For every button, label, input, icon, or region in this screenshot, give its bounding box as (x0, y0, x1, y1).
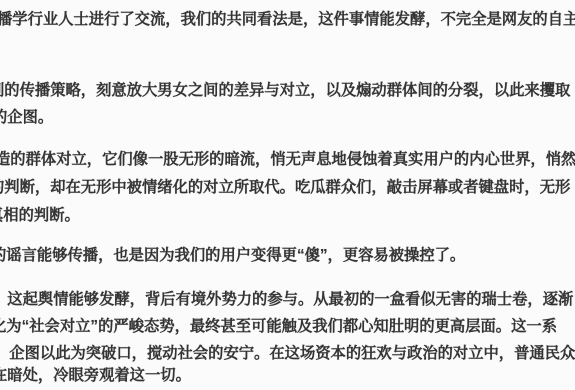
text-line: ，这起舆情能够发酵，背后有境外势力的参与。从最初的一盒看似无害的瑞士卷，逐渐 (0, 292, 573, 309)
text-line: 划的传播策略，刻意放大男女之间的差异与对立，以及煽动群体间的分裂，以此来攫取 (0, 83, 570, 100)
text-line: ，企图以此为突破口，搅动社会的安宁。在这场资本的狂欢与政治的对立中，普通民众 (0, 346, 575, 363)
text-line: 的企图。 (0, 110, 53, 127)
text-line: 造的群体对立，它们像一股无形的暗流，悄无声息地侵蚀着真实用户的内心世界，悄然 (0, 152, 575, 169)
text-line: 的谣言能够传播，也是因为我们的用户变得更“傻”，更容易被操控了。 (0, 248, 465, 265)
text-line: 在暗处，冷眼旁观着这一切。 (0, 368, 191, 385)
text-line: 播学行业人士进行了交流，我们的共同看法是，这件事情能发酵，不完全是网友的自主 (0, 12, 575, 29)
text-line: 的判断，却在无形中被情绪化的对立所取代。吃瓜群众们，敲击屏幕或者键盘时，无形 (0, 180, 570, 197)
text-line: 化为“社会对立”的严峻态势，最终甚至可能触及我们都心知肚明的更高层面。这一系 (0, 319, 557, 336)
article-text-crop: 播学行业人士进行了交流，我们的共同看法是，这件事情能发酵，不完全是网友的自主 划… (0, 0, 575, 390)
text-line: 真相的判断。 (0, 208, 80, 225)
